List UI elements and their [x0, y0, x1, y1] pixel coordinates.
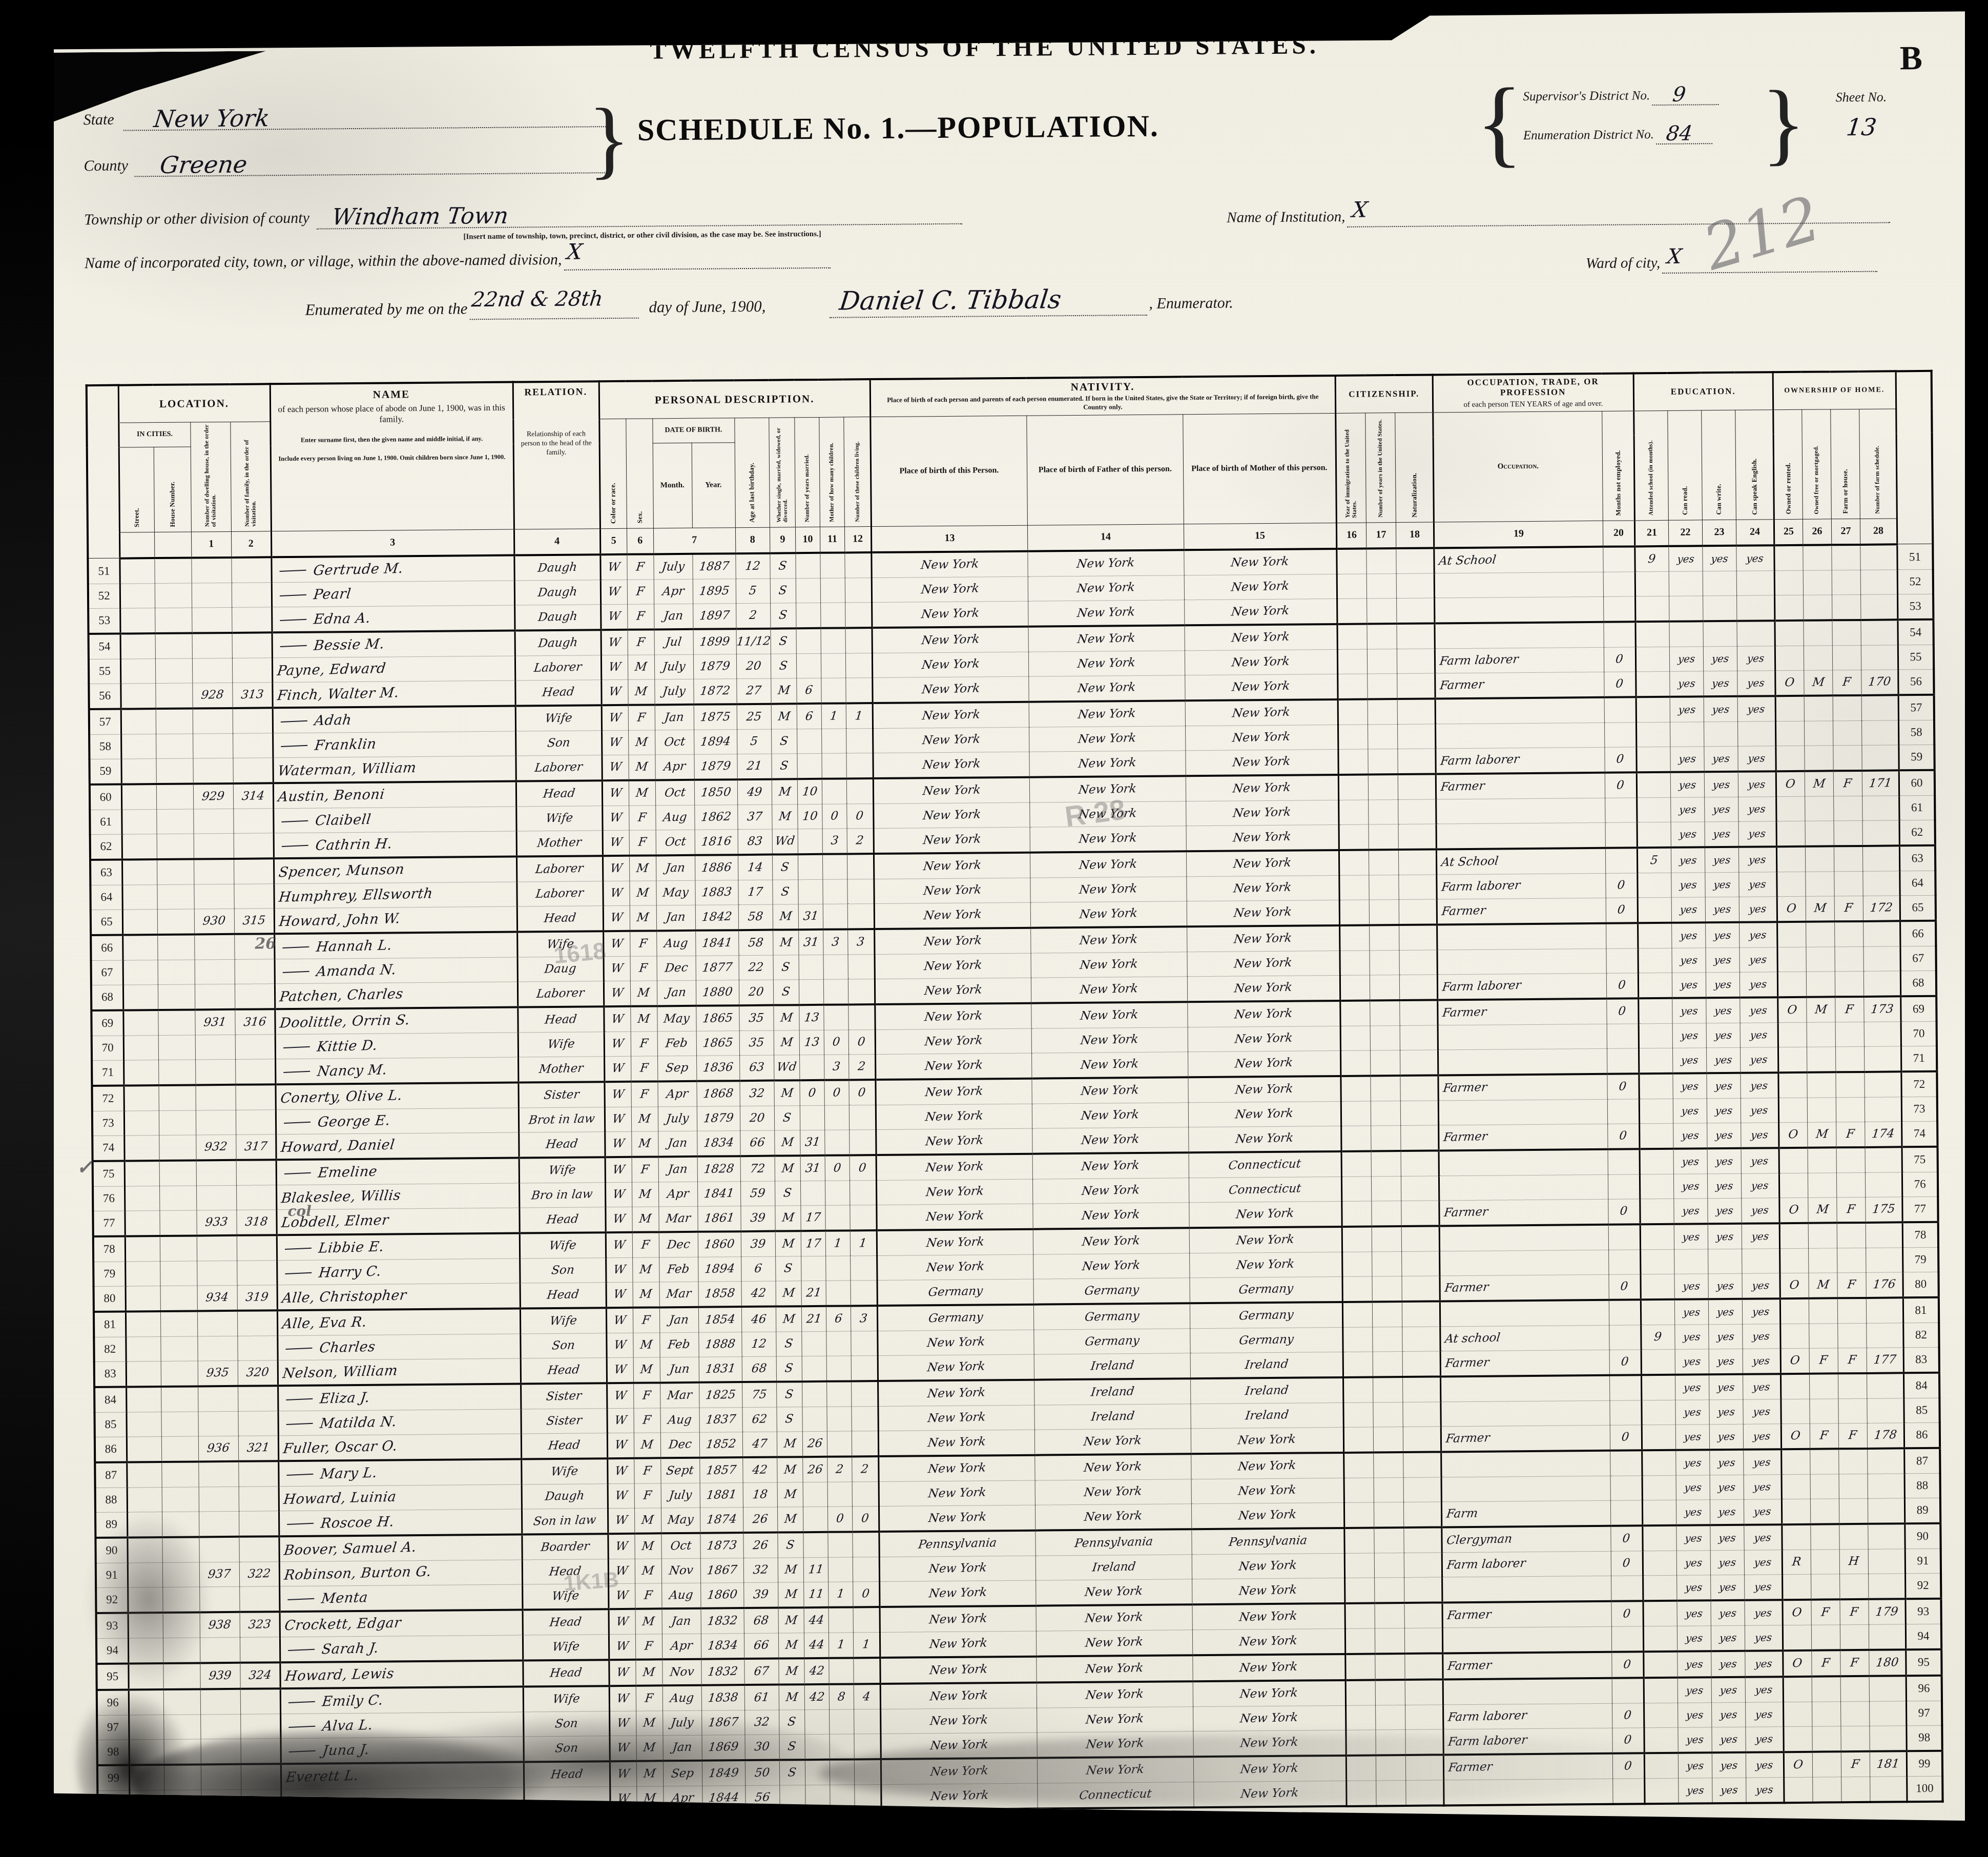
cell-fm: [239, 1536, 279, 1562]
cell-mb: [826, 1331, 851, 1356]
cell-yr: 1862: [694, 804, 737, 830]
cell-sc: [1635, 596, 1669, 622]
cell-fh: F: [1836, 1122, 1865, 1147]
cell-rel: Head: [517, 1006, 604, 1033]
cell-en: yes: [1740, 997, 1778, 1023]
cell-pf: New York: [1028, 625, 1185, 652]
cell-mo: July: [658, 1106, 697, 1131]
cell-sc: [1642, 1500, 1676, 1525]
cell-col: W: [602, 705, 628, 731]
cell-dw: [195, 1085, 235, 1110]
cell-name: Charles: [277, 1334, 520, 1360]
cell-col: W: [607, 1458, 634, 1484]
cell-mar: S: [771, 653, 796, 678]
ditto-dash: [279, 594, 306, 596]
cell-ln: 81: [94, 1311, 126, 1337]
cell-mu: [1608, 1250, 1640, 1274]
cell-st: [126, 1311, 160, 1337]
cell-mar: M: [777, 1507, 803, 1532]
cell-pf: New York: [1032, 1178, 1189, 1204]
cell-yu: [1368, 799, 1398, 824]
cell-mu: [1609, 1325, 1641, 1350]
cell-fh: [1839, 1474, 1868, 1498]
cell-dw: [192, 607, 232, 633]
cell-nz: [1398, 824, 1436, 850]
free-mortgaged-header: Owned free or mortgaged.: [1801, 409, 1831, 519]
cell-ow: O: [1779, 1198, 1808, 1223]
cell-fr: [1806, 872, 1834, 896]
cell-col: W: [607, 1357, 633, 1383]
cell-iy: [1338, 725, 1368, 749]
cell-nz: [1403, 1427, 1441, 1452]
ditto-dash: [284, 1122, 310, 1124]
cell-st: [126, 1336, 160, 1361]
cell-mo: Sept: [660, 1458, 699, 1483]
cell-rel: Head: [521, 1357, 607, 1384]
cell-hn: [158, 1035, 195, 1060]
cell-yu: [1372, 1276, 1402, 1302]
cell-fh: F: [1837, 1272, 1866, 1298]
cell-rel: Son in law: [522, 1508, 608, 1534]
cell-pm: New York: [1185, 624, 1337, 651]
cell-cl: [845, 653, 872, 677]
cell-rd: yes: [1676, 1525, 1710, 1551]
cell-nz: [1404, 1527, 1442, 1553]
cell-fm: 320: [238, 1360, 278, 1386]
cell-age: 67: [744, 1658, 779, 1685]
cell-mu: 0: [1612, 1652, 1644, 1678]
cell-lnr: 99: [1907, 1750, 1942, 1776]
cell-dw: [197, 1235, 237, 1261]
cell-pf: New York: [1030, 851, 1186, 878]
cell-yr: 1834: [701, 1633, 744, 1659]
cell-sex: F: [627, 604, 654, 630]
cell-rel: Daugh: [514, 604, 600, 630]
cell-name: Claibell: [273, 807, 516, 833]
cell-age: 68: [744, 1607, 779, 1633]
cell-lnr: 68: [1900, 971, 1936, 996]
enumerated-dates: 22nd & 28th: [470, 287, 604, 312]
cell-rd: yes: [1671, 822, 1705, 848]
census-rows: 51Gertrude M.DaughWFJuly188712SNew YorkN…: [88, 544, 1942, 1816]
cell-wr: yes: [1710, 1499, 1744, 1525]
cell-lnr: 51: [1897, 544, 1933, 570]
cell-rd: yes: [1673, 1099, 1707, 1124]
cell-nz: [1402, 1351, 1440, 1377]
cell-en: yes: [1740, 1022, 1778, 1047]
cell-st: [127, 1436, 161, 1462]
cell-hn: [159, 1210, 196, 1236]
cell-mb: [822, 778, 846, 804]
cell-ln: 79: [93, 1262, 125, 1286]
cell-pf: New York: [1037, 1706, 1193, 1732]
cell-st: [126, 1387, 161, 1412]
cell-age: 39: [741, 1231, 776, 1256]
cell-yu: [1375, 1680, 1405, 1705]
cell-hn: [160, 1311, 197, 1336]
cell-mar: M: [774, 1080, 800, 1106]
cell-ym: [796, 603, 820, 628]
cell-mu: 0: [1610, 1425, 1642, 1451]
township-line: Township or other division of county Win…: [84, 197, 962, 231]
cell-name: Bessie M.: [272, 630, 515, 657]
cell-fs: [1869, 1701, 1906, 1726]
cell-col: W: [603, 856, 629, 881]
cell-iy: [1339, 900, 1369, 925]
cell-nz: [1398, 749, 1436, 774]
cell-pm: New York: [1188, 1126, 1341, 1152]
cell-pb: New York: [873, 676, 1029, 703]
cell-mb: [824, 1004, 848, 1030]
cell-mo: Jan: [654, 604, 693, 629]
cell-ym: 6: [797, 678, 821, 704]
cell-cl: [854, 1658, 880, 1684]
cell-lnr: 56: [1898, 669, 1934, 695]
cell-en: yes: [1746, 1752, 1784, 1778]
cell-pb: New York: [872, 652, 1028, 677]
cell-fr: [1811, 1550, 1839, 1574]
cell-fr: M: [1807, 997, 1835, 1022]
cell-en: yes: [1741, 1072, 1778, 1098]
form-number: 7-224.: [800, 12, 954, 26]
cell-yr: 1865: [696, 1005, 739, 1031]
cell-fr: [1807, 1098, 1836, 1122]
house-number-header: House Number.: [154, 447, 191, 532]
enumeration-district-value: 84: [1665, 121, 1693, 145]
cell-fs: [1867, 1398, 1904, 1423]
ditto-dash: [288, 1701, 315, 1703]
cell-ow: [1780, 1298, 1809, 1324]
cell-rd: yes: [1669, 647, 1703, 672]
cell-age: 25: [737, 704, 772, 729]
cell-name: Finch, Walter M.: [272, 680, 515, 708]
cell-iy: [1343, 1452, 1373, 1478]
cell-mu: 0: [1609, 1350, 1641, 1375]
cell-mb: 8: [829, 1684, 854, 1709]
cell-ow: [1775, 721, 1804, 746]
cell-cl: [849, 1129, 876, 1155]
cell-fs: [1868, 1474, 1904, 1499]
cell-name: Harry C.: [277, 1258, 520, 1285]
cell-en: yes: [1743, 1423, 1781, 1449]
cell-nz: [1397, 649, 1435, 674]
cell-mb: [825, 1205, 850, 1231]
cell-pm: New York: [1192, 1553, 1344, 1579]
smudge-bottom-left: [75, 1676, 210, 1846]
cell-yu: [1374, 1553, 1404, 1577]
cell-col: W: [606, 1282, 633, 1308]
cell-sex: F: [630, 931, 656, 956]
cell-nz: [1404, 1628, 1442, 1654]
cell-mar: M: [774, 1005, 799, 1030]
cell-ln: 52: [88, 584, 120, 608]
cell-age: 58: [738, 930, 773, 955]
cell-yu: [1370, 950, 1399, 975]
cell-en: yes: [1738, 821, 1776, 847]
cell-fh: F: [1840, 1650, 1869, 1676]
can-read-header: Can read.: [1668, 410, 1703, 521]
cell-sex: M: [628, 730, 655, 755]
farm-house-header: Farm or house.: [1830, 409, 1860, 519]
cell-ym: 31: [800, 1156, 825, 1181]
cell-mu: 0: [1607, 1074, 1639, 1099]
cell-fh: [1832, 645, 1861, 670]
cell-fr: [1807, 1047, 1835, 1072]
cell-age: 6: [741, 1256, 776, 1282]
cell-sc: [1643, 1525, 1676, 1551]
cell-mar: M: [778, 1582, 803, 1607]
cell-sex: F: [634, 1458, 660, 1483]
cell-yr: 1852: [699, 1432, 742, 1457]
cell-pb: New York: [877, 1254, 1033, 1280]
cell-sex: M: [629, 780, 655, 806]
cell-ym: 13: [799, 1030, 824, 1055]
cell-sex: M: [631, 1107, 658, 1131]
cell-nz: [1398, 849, 1436, 875]
cell-cl: [852, 1481, 879, 1506]
cell-age: 35: [739, 1005, 774, 1030]
cell-oc: [1435, 622, 1604, 649]
cell-fs: [1863, 871, 1900, 896]
cell-mu: 0: [1606, 898, 1638, 923]
cell-age: 39: [740, 1206, 775, 1231]
cell-mb: 6: [826, 1306, 851, 1331]
cell-sex: M: [633, 1333, 659, 1357]
cell-dw: [193, 809, 233, 834]
cell-fs: [1862, 845, 1899, 871]
cell-age: 22: [739, 955, 774, 980]
enumerated-day-label: day of June, 1900,: [649, 297, 765, 316]
cell-fr: [1806, 921, 1834, 947]
colnum: 23: [1702, 520, 1736, 546]
cell-fh: [1837, 1223, 1866, 1248]
cell-pm: Connecticut: [1189, 1151, 1341, 1178]
scanned-census-page: 7-224. TWELFTH CENSUS OF THE UNITED STAT…: [0, 0, 1988, 1857]
cell-wr: yes: [1706, 1023, 1740, 1048]
cell-mb: [823, 979, 848, 1005]
cell-oc: Farmer: [1435, 672, 1604, 698]
incorporated-line: Name of incorporated city, town, or vill…: [85, 242, 831, 274]
cell-dw: [198, 1461, 238, 1487]
cell-st: [125, 1261, 160, 1286]
cell-fs: [1861, 695, 1898, 720]
cell-age: 83: [738, 829, 773, 855]
cell-age: 20: [740, 1106, 775, 1131]
cell-yr: 1899: [693, 629, 736, 654]
cell-yu: [1370, 975, 1399, 1000]
cell-pf: New York: [1028, 550, 1184, 576]
cell-en: yes: [1741, 1173, 1779, 1198]
margin-note: ✓: [76, 1155, 94, 1179]
smudge-left-margin: [79, 1491, 234, 1707]
cell-yr: 1887: [692, 553, 735, 579]
cell-fr: M: [1809, 1273, 1837, 1298]
cell-ow: [1779, 1223, 1808, 1249]
cell-pb: New York: [872, 626, 1028, 653]
marital-header: Whether single, married, widowed, or div…: [769, 418, 796, 527]
cell-fs: 177: [1867, 1348, 1903, 1373]
cell-col: W: [602, 780, 629, 806]
cell-sex: F: [634, 1483, 661, 1508]
cell-yu: [1371, 1176, 1401, 1201]
cell-lnr: 70: [1901, 1021, 1937, 1046]
cell-pf: Germany: [1033, 1303, 1190, 1330]
cell-fm: [237, 1310, 277, 1336]
cell-lnr: 96: [1906, 1676, 1942, 1701]
children-living-header: Number of these children living.: [844, 417, 872, 526]
dwelling-number-header: Number of dwelling house, in the order o…: [190, 422, 231, 532]
cell-iy: [1340, 1050, 1370, 1076]
cell-pb: New York: [873, 727, 1029, 753]
cell-fh: [1834, 846, 1862, 872]
cell-pm: New York: [1192, 1628, 1345, 1655]
cell-mb: 3: [822, 829, 847, 854]
cell-age: 20: [736, 654, 771, 679]
cell-ln: 65: [91, 910, 122, 935]
cell-nz: [1403, 1477, 1441, 1502]
cell-mu: [1608, 1174, 1640, 1199]
cell-fr: [1807, 1072, 1836, 1098]
cell-fs: [1861, 645, 1898, 670]
cell-rel: Wife: [523, 1634, 609, 1660]
cell-mb: [820, 603, 845, 628]
supervisor-district-label: Supervisor's District No.: [1523, 89, 1650, 104]
cell-fh: F: [1832, 670, 1861, 695]
cell-yr: 1842: [695, 904, 738, 930]
colnum: 18: [1396, 522, 1434, 548]
cell-fs: [1867, 1323, 1903, 1348]
cell-pf: New York: [1035, 1503, 1191, 1530]
cell-fm: 319: [237, 1285, 277, 1310]
cell-oc: Farmer: [1439, 1199, 1608, 1226]
colnum: 4: [514, 529, 600, 555]
cell-cl: [848, 1004, 875, 1030]
cell-cl: [847, 879, 874, 903]
cell-mar: M: [778, 1633, 804, 1658]
age-header: Age at last birthday.: [734, 418, 770, 528]
cell-name: Crockett, Edgar: [280, 1610, 523, 1637]
district-block: Supervisor's District No. 9 Enumeration …: [1523, 80, 1764, 146]
cell-rel: Daugh: [522, 1483, 608, 1509]
cell-pb: New York: [873, 701, 1029, 728]
cell-wr: yes: [1708, 1273, 1742, 1299]
cell-yr: 1841: [697, 1181, 740, 1206]
cell-ow: [1779, 1248, 1808, 1273]
cell-dw: [195, 984, 235, 1009]
cell-pf: New York: [1031, 977, 1187, 1003]
cell-cl: [852, 1406, 878, 1431]
cell-col: W: [607, 1383, 633, 1409]
cell-ln: 86: [95, 1437, 127, 1462]
ditto-dash: [283, 1071, 310, 1073]
cell-fm: 318: [236, 1210, 276, 1235]
cell-sex: M: [635, 1608, 662, 1634]
cell-dw: [193, 708, 233, 734]
cell-mu: [1607, 1024, 1639, 1048]
cell-ln: 75: [93, 1161, 125, 1186]
cell-nz: [1403, 1402, 1441, 1427]
cell-cl: [854, 1709, 880, 1734]
cell-col: W: [606, 1257, 632, 1282]
cell-sc: 5: [1637, 848, 1671, 873]
cell-ow: O: [1777, 896, 1806, 922]
cell-age: 39: [743, 1582, 778, 1608]
cell-age: 63: [739, 1055, 774, 1081]
cell-col: W: [609, 1686, 636, 1711]
cell-fs: [1866, 1297, 1903, 1323]
cell-name: George E.: [276, 1108, 519, 1134]
cell-oc: Farm laborer: [1436, 747, 1605, 774]
cell-en: yes: [1739, 947, 1777, 972]
cell-sex: M: [630, 1006, 657, 1031]
cell-col: W: [601, 630, 628, 655]
cell-rel: Wife: [516, 806, 602, 831]
cell-ow: [1778, 1047, 1807, 1072]
cell-wr: yes: [1707, 1173, 1741, 1199]
cell-rel: Wife: [521, 1458, 607, 1484]
cell-en: yes: [1743, 1348, 1780, 1374]
cell-cl: [846, 677, 873, 703]
cell-fs: [1860, 570, 1897, 595]
cell-lnr: 90: [1905, 1523, 1941, 1549]
cell-ym: 0: [800, 1080, 824, 1106]
cell-fm: [237, 1335, 277, 1360]
cell-ln: 85: [94, 1412, 126, 1437]
cell-pb: New York: [877, 1204, 1033, 1230]
cell-yu: [1371, 1076, 1400, 1101]
cell-yu: [1368, 749, 1398, 774]
cell-cl: 1: [853, 1632, 880, 1658]
cell-en: yes: [1744, 1499, 1782, 1524]
cell-fh: F: [1840, 1599, 1869, 1625]
cell-mo: May: [657, 1006, 696, 1031]
cell-pb: Pennsylvania: [879, 1530, 1036, 1557]
cell-pf: New York: [1035, 1479, 1191, 1504]
cell-fs: [1866, 1222, 1902, 1248]
sheet-value: 13: [1845, 113, 1878, 141]
cell-iy: [1339, 875, 1369, 900]
cell-ym: 13: [799, 1005, 824, 1030]
cell-mo: Apr: [655, 754, 694, 780]
cell-fh: [1841, 1726, 1870, 1751]
cell-pm: New York: [1191, 1478, 1344, 1503]
cell-lnr: 83: [1903, 1347, 1939, 1373]
cell-oc: Farm: [1441, 1500, 1610, 1527]
cell-name: Blakeslee, Willis: [276, 1183, 519, 1210]
cell-name: Austin, Benoni: [273, 781, 516, 808]
cell-dw: [195, 1035, 235, 1060]
cell-ln: 83: [94, 1361, 126, 1387]
cell-hn: [156, 783, 193, 809]
cell-yu: [1368, 774, 1398, 800]
cell-name: Franklin: [273, 731, 515, 758]
cell-rd: yes: [1678, 1677, 1711, 1703]
cell-mar: S: [770, 603, 796, 629]
cell-lnr: 63: [1899, 845, 1935, 871]
cell-ln: 72: [92, 1085, 123, 1111]
cell-sc: [1644, 1703, 1678, 1728]
cell-lnr: 88: [1904, 1473, 1940, 1498]
cell-age: 20: [739, 980, 774, 1005]
cell-oc: Clergyman: [1442, 1526, 1611, 1553]
cell-nz: [1400, 1000, 1438, 1025]
cell-dw: [194, 859, 234, 884]
cell-fm: [233, 733, 273, 758]
cell-col: W: [605, 1131, 631, 1157]
cell-rel: Head: [520, 1282, 606, 1308]
cell-mb: 2: [827, 1456, 852, 1482]
cell-hn: [155, 633, 192, 658]
